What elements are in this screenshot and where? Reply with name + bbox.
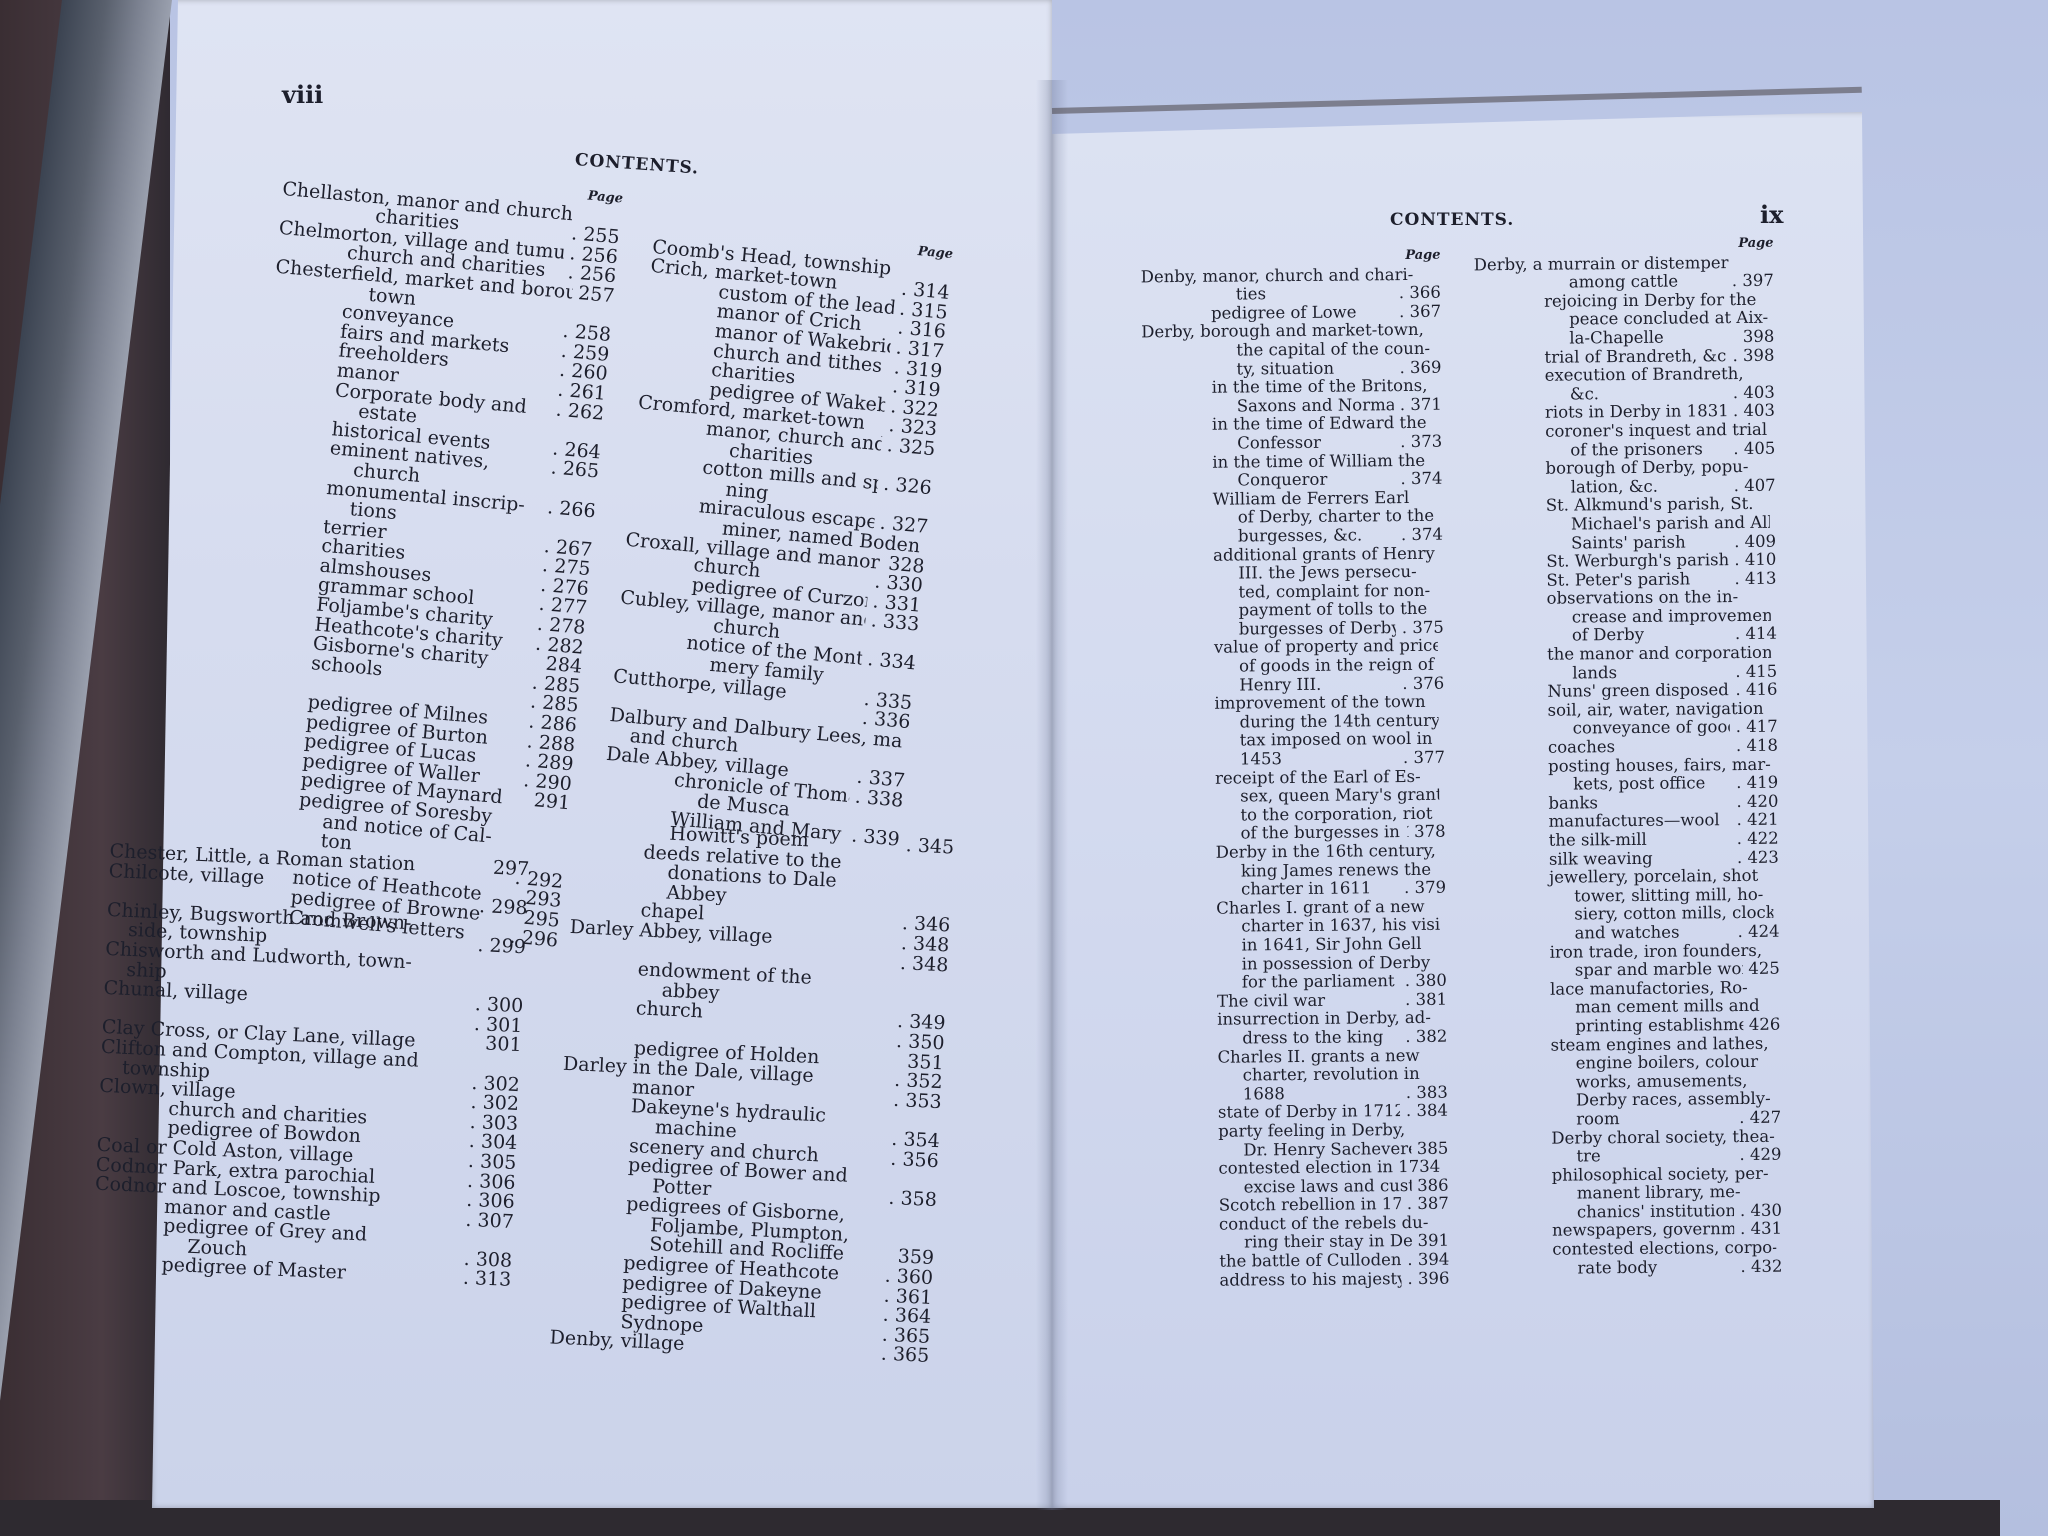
toc-entry-page-number: . 418 [1730, 737, 1778, 756]
toc-entry-title: chanics' institution [1482, 1202, 1734, 1223]
toc-entry-page-number: . 409 [1728, 532, 1776, 551]
toc-entry-page-number: . 307 [459, 1210, 514, 1232]
toc-entry-title: charter in 1611 [1146, 879, 1398, 900]
toc-entry-page-number: . 365 [874, 1345, 929, 1367]
toc-entry-page-number: . 432 [1734, 1257, 1782, 1276]
toc-entry-title: silk weaving [1479, 849, 1731, 870]
toc-entry-page-number: . 345 [899, 836, 954, 858]
toc-entry-page-number: . 415 [1729, 662, 1777, 681]
toc-entry-title: lands [1477, 663, 1729, 684]
toc-entry-title: 1453 [1145, 749, 1397, 770]
toc-entry-page-number [902, 747, 908, 748]
toc-entry-page-number: . 380 [1399, 972, 1447, 991]
toc-entry-page-number: . 298 [473, 897, 528, 919]
toc-entry-page-number: . 373 [1394, 433, 1442, 452]
toc-entry-page-number: 391 [1412, 1232, 1450, 1251]
toc-entry-page-number: . 374 [1395, 526, 1443, 545]
toc-entry-page-number [907, 689, 913, 690]
toc-entry-title: Conqueror [1142, 470, 1394, 491]
right-running-head: CONTENTS. [1390, 210, 1514, 230]
toc-entry-page-number [560, 848, 566, 849]
left-page-column-1-continued: Chester, Little, a Roman station297Chilc… [91, 842, 529, 1291]
toc-entry-title: newspapers, government [1482, 1221, 1734, 1242]
toc-entry-title: St. Werburgh's parish [1476, 551, 1728, 572]
toc-entry-page-number: 297 [487, 858, 530, 879]
toc-entry-page-number: . 410 [1728, 551, 1776, 570]
toc-entry-page-number: . 403 [1727, 402, 1775, 421]
toc-entry-page-number: . 376 [1396, 674, 1444, 693]
toc-entry-page-number: . 394 [1401, 1251, 1449, 1270]
toc-entry-title: Henry III. [1144, 675, 1396, 696]
toc-entry-title: excise laws and customs [1149, 1177, 1412, 1198]
toc-entry-title: coaches [1478, 737, 1730, 758]
toc-entry-page-number: . 398 [1726, 346, 1774, 365]
toc-entry-title: ty, situation [1141, 359, 1393, 380]
toc-entry-title: banks [1478, 793, 1730, 814]
toc-entry-page-number: 426 [1743, 1016, 1781, 1035]
toc-entry-title: dress to the king [1147, 1028, 1399, 1049]
toc-entry-title: manufactures—wool [1478, 812, 1730, 833]
toc-entry-title: Scotch rebellion in 1745 [1149, 1195, 1401, 1216]
toc-entry-title: &c. [1475, 384, 1727, 405]
toc-entry-page-number: . 358 [882, 1188, 937, 1210]
toc-entry-page-number [923, 513, 929, 514]
right-page-folio: ix [1760, 200, 1783, 229]
toc-entry-title: for the parliament [1147, 972, 1399, 993]
toc-entry-page-number: . 313 [456, 1269, 511, 1291]
toc-entry-page-number: . 356 [884, 1149, 939, 1171]
toc-entry-page-number: . 430 [1734, 1202, 1782, 1221]
toc-entry-page-number: . 387 [1401, 1195, 1449, 1214]
toc-entry-page-number: . 382 [1399, 1028, 1447, 1047]
toc-entry-page-number [596, 438, 602, 439]
toc-entry-title: spar and marble works [1480, 960, 1743, 981]
toc-entry-page-number: . 371 [1394, 395, 1442, 414]
toc-entry-page-number: . 379 [1398, 879, 1446, 898]
toc-entry-title: kets, post office [1478, 774, 1730, 795]
toc-entry-title: of the burgesses in 1604 [1145, 823, 1408, 844]
toc-entry-page-number: . 367 [1393, 302, 1441, 321]
toc-entry-page-number: . 403 [1727, 383, 1775, 402]
toc-entry-page-number: . 422 [1731, 830, 1779, 849]
toc-entry-page-number: . 397 [1726, 272, 1774, 291]
toc-entry-page-number: . 413 [1728, 569, 1776, 588]
toc-entry-page-number: . 427 [1733, 1109, 1781, 1128]
toc-entry-title: trial of Brandreth, &c. [1474, 347, 1726, 368]
toc-entry-page-number: . 417 [1730, 718, 1778, 737]
toc-entry: address to his majesty. 396 [1149, 1269, 1449, 1290]
toc-entry-page-number: . 424 [1731, 923, 1779, 942]
toc-entry-page-number [911, 650, 917, 651]
toc-entry-title: Dr. Henry Sacheverell [1148, 1140, 1411, 1161]
toc-entry-page-number: . 353 [887, 1090, 942, 1112]
toc-entry-page-number [615, 224, 621, 225]
toc-entry-page-number: . 381 [1399, 990, 1447, 1009]
toc-entry-title: riots in Derby in 1831 [1475, 402, 1727, 423]
toc-entry-title: tre [1481, 1146, 1733, 1167]
left-page-column-1: Page Chellaston, manor and churchchariti… [218, 160, 623, 951]
toc-entry-title: lation, &c. [1476, 477, 1728, 498]
toc-entry-page-number: 386 [1411, 1176, 1449, 1195]
toc-entry-page-number [587, 536, 593, 537]
toc-entry-page-number: . 369 [1393, 358, 1441, 377]
toc-entry-title: the silk-mill [1479, 830, 1731, 851]
toc-entry-page-number: . 396 [1401, 1269, 1449, 1288]
toc-entry-page-number: 301 [479, 1035, 522, 1056]
toc-entry-page-number [558, 868, 564, 869]
toc-entry-page-number: . 405 [1727, 439, 1775, 458]
toc-entry-title: St. Peter's parish [1476, 570, 1728, 591]
toc-entry-title: among cattle [1474, 272, 1726, 293]
left-page-column-2-continued: Howitt's poem. 345deeds relative to thed… [549, 820, 954, 1367]
toc-entry-page-number: . 416 [1729, 681, 1777, 700]
toc-entry-page-number: . 377 [1397, 749, 1445, 768]
toc-entry-title: of Derby [1477, 626, 1729, 647]
toc-entry-page-number: . 407 [1728, 476, 1776, 495]
toc-entry-title: la-Chapelle [1474, 328, 1737, 349]
toc-entry: rate body. 432 [1482, 1257, 1782, 1278]
left-page-folio: viii [282, 80, 323, 109]
toc-entry-page-number: . 421 [1730, 811, 1778, 830]
toc-entry-title: state of Derby in 1712 [1148, 1102, 1400, 1123]
toc-entry-page-number: . 429 [1733, 1146, 1781, 1165]
toc-entry-title: Saxons and Normans [1142, 396, 1394, 417]
toc-entry-page-number [920, 552, 926, 553]
left-page-column-2: Page Coomb's Head, townshipCrich, market… [600, 218, 954, 850]
toc-entry-title: ties [1141, 284, 1393, 305]
toc-entry-title: conveyance of goods [1478, 719, 1730, 740]
toc-entry-title: room [1481, 1109, 1733, 1130]
toc-entry-title: printing establishments [1480, 1016, 1743, 1037]
toc-entry-title: the battle of Culloden [1149, 1251, 1401, 1272]
toc-entry-title: Nuns' green disposed of [1477, 681, 1729, 702]
toc-entry-page-number: 378 [1408, 823, 1446, 842]
toc-entry-title: burgesses of Derby [1144, 619, 1396, 640]
toc-entry-page-number: . 423 [1731, 848, 1779, 867]
toc-entry-title: The civil war [1147, 991, 1399, 1012]
toc-entry-page-number: . 374 [1394, 470, 1442, 489]
toc-entry-title: pedigree of Lowe [1141, 303, 1393, 324]
toc-entry-title: address to his majesty [1149, 1270, 1401, 1291]
toc-entry-page-number: . 414 [1729, 625, 1777, 644]
toc-entry-title: 1688 [1148, 1084, 1400, 1105]
toc-entry-title: ring their stay in Derby [1149, 1232, 1412, 1253]
right-page-column-1: Page Denby, manor, church and chari-ties… [1140, 247, 1449, 1291]
toc-entry-title: burgesses, &c. [1143, 526, 1395, 547]
toc-entry-page-number: . 299 [471, 936, 526, 958]
toc-entry-page-number: . 420 [1730, 793, 1778, 812]
toc-entry-title: and watches [1479, 923, 1731, 944]
toc-entry-page-number [591, 497, 597, 498]
toc-entry-page-number [927, 474, 933, 475]
toc-entry-page-number [900, 767, 906, 768]
toc-entry-page-number [945, 279, 951, 280]
toc-entry-page-number: . 383 [1400, 1083, 1448, 1102]
toc-entry-page-number: . 375 [1396, 619, 1444, 638]
toc-entry-title: Saints' parish [1476, 533, 1728, 554]
toc-entry-page-number: . 419 [1730, 774, 1778, 793]
toc-entry-title: Confessor [1142, 433, 1394, 454]
toc-entry-page-number: . 366 [1393, 284, 1441, 303]
right-page-column-2: Page Derby, a murrain or distemperamong … [1473, 235, 1782, 1279]
toc-entry-page-number: 425 [1742, 960, 1780, 979]
toc-entry-page-number: . 431 [1734, 1220, 1782, 1239]
toc-entry-title: of the prisoners [1475, 440, 1727, 461]
toc-entry-page-number: . 348 [894, 953, 949, 975]
toc-entry-page-number: . 384 [1400, 1102, 1448, 1121]
toc-entry-page-number [606, 321, 612, 322]
toc-entry-title: rate body [1482, 1258, 1734, 1279]
book-gutter [1036, 80, 1068, 1510]
toc-entry-page-number: 398 [1737, 328, 1775, 347]
toc-entry-page-number: 385 [1411, 1139, 1449, 1158]
toc-entry-page-number [562, 829, 568, 830]
toc-entry-page-number [895, 825, 901, 826]
